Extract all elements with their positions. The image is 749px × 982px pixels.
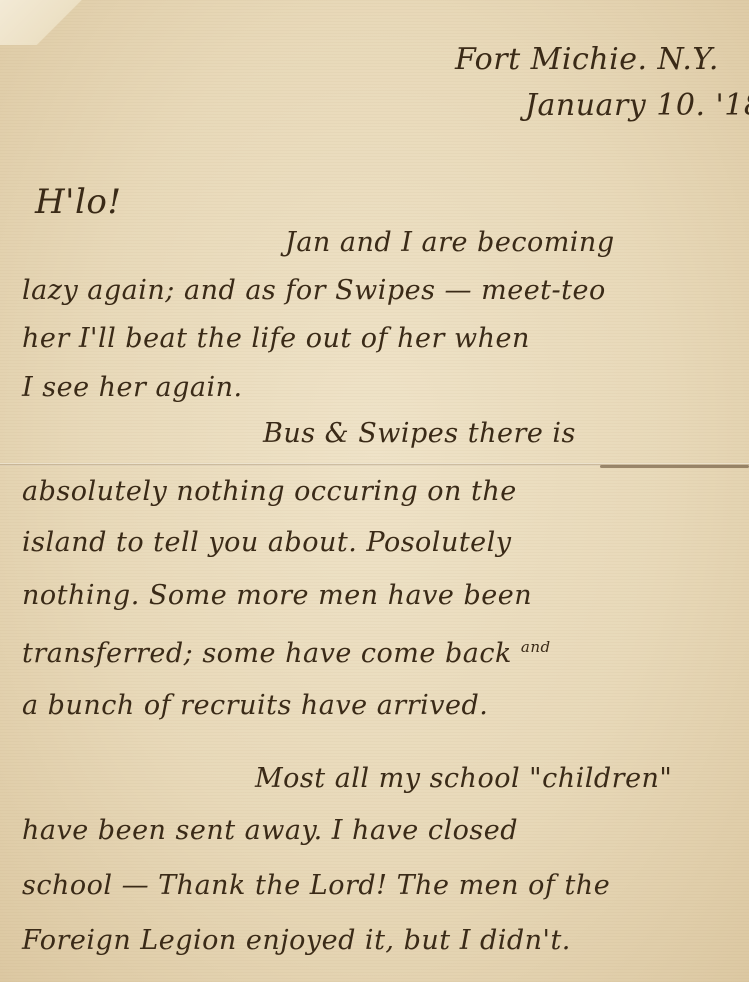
letter-line: Most all my school "children" — [255, 763, 672, 794]
corner-fold — [0, 0, 90, 45]
inserted-word: and — [521, 638, 551, 656]
letter-date: January 10. '18 — [525, 88, 749, 123]
letter-salutation: H'lo! — [35, 182, 122, 222]
letter-line: nothing. Some more men have been — [22, 580, 532, 611]
letter-line: transferred; some have come back and — [22, 638, 551, 669]
letter-line: a bunch of recruits have arrived. — [22, 690, 488, 721]
letter-line: Bus & Swipes there is — [263, 418, 576, 449]
letter-line: absolutely nothing occuring on the — [22, 476, 517, 507]
letter-page: Fort Michie. N.Y. January 10. '18 H'lo! … — [0, 0, 749, 982]
letter-line: school — Thank the Lord! The men of the — [22, 870, 610, 901]
letter-line-text: transferred; some have come back — [22, 638, 512, 669]
letter-line: I see her again. — [22, 372, 243, 403]
letter-place: Fort Michie. N.Y. — [455, 42, 719, 77]
letter-line: her I'll beat the life out of her when — [22, 323, 530, 354]
letter-line: lazy again; and as for Swipes — meet-teo — [22, 275, 606, 306]
letter-line: Jan and I are becoming — [285, 227, 615, 258]
letter-line: have been sent away. I have closed — [22, 815, 518, 846]
letter-line: island to tell you about. Posolutely — [22, 527, 512, 558]
letter-line: Foreign Legion enjoyed it, but I didn't. — [22, 925, 571, 956]
paper-fold-crease — [600, 465, 749, 468]
